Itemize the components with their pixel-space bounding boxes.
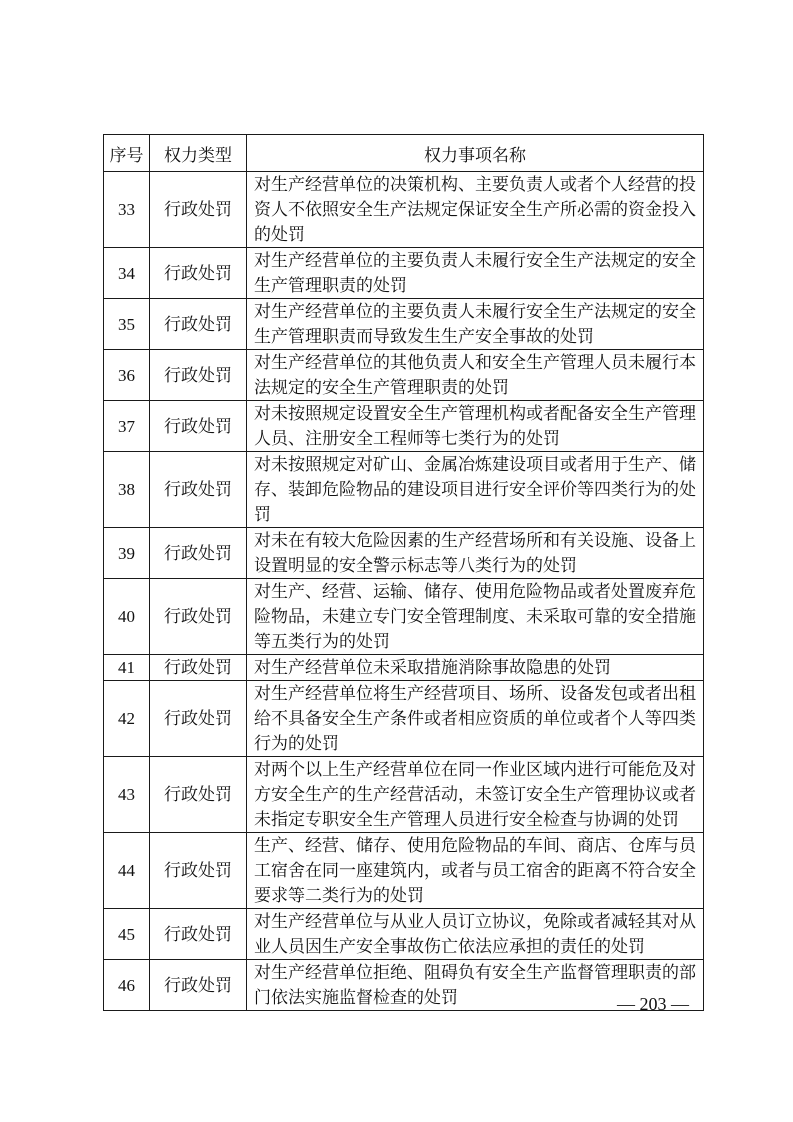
table-row: 39 行政处罚 对未在有较大危险因素的生产经营场所和有关设施、设备上设置明显的安… bbox=[104, 528, 704, 579]
row-power-type: 行政处罚 bbox=[150, 833, 247, 909]
row-power-type: 行政处罚 bbox=[150, 528, 247, 579]
row-power-type: 行政处罚 bbox=[150, 681, 247, 757]
row-serial-number: 42 bbox=[104, 681, 150, 757]
row-power-item-name: 对生产经营单位的其他负责人和安全生产管理人员未履行本法规定的安全生产管理职责的处… bbox=[247, 350, 704, 401]
row-power-item-name: 对生产经营单位将生产经营项目、场所、设备发包或者出租给不具备安全生产条件或者相应… bbox=[247, 681, 704, 757]
row-power-item-name: 对生产、经营、运输、储存、使用危险物品或者处置废弃危险物品，未建立专门安全管理制… bbox=[247, 579, 704, 655]
row-power-item-name: 对生产经营单位的主要负责人未履行安全生产法规定的安全生产管理职责而导致发生生产安… bbox=[247, 299, 704, 350]
table-row: 40 行政处罚 对生产、经营、运输、储存、使用危险物品或者处置废弃危险物品，未建… bbox=[104, 579, 704, 655]
header-cell-power-item-name: 权力事项名称 bbox=[247, 135, 704, 172]
row-serial-number: 41 bbox=[104, 655, 150, 681]
row-power-type: 行政处罚 bbox=[150, 960, 247, 1011]
table-header-row: 序号 权力类型 权力事项名称 bbox=[104, 135, 704, 172]
row-serial-number: 44 bbox=[104, 833, 150, 909]
table-row: 44 行政处罚 生产、经营、储存、使用危险物品的车间、商店、仓库与员工宿舍在同一… bbox=[104, 833, 704, 909]
table-row: 43 行政处罚 对两个以上生产经营单位在同一作业区域内进行可能危及对方安全生产的… bbox=[104, 757, 704, 833]
row-power-item-name: 对生产经营单位未采取措施消除事故隐患的处罚 bbox=[247, 655, 704, 681]
table-row: 42 行政处罚 对生产经营单位将生产经营项目、场所、设备发包或者出租给不具备安全… bbox=[104, 681, 704, 757]
header-cell-serial-number: 序号 bbox=[104, 135, 150, 172]
table-row: 45 行政处罚 对生产经营单位与从业人员订立协议，免除或者减轻其对从业人员因生产… bbox=[104, 909, 704, 960]
table-row: 33 行政处罚 对生产经营单位的决策机构、主要负责人或者个人经营的投资人不依照安… bbox=[104, 172, 704, 248]
row-power-type: 行政处罚 bbox=[150, 655, 247, 681]
table-body: 33 行政处罚 对生产经营单位的决策机构、主要负责人或者个人经营的投资人不依照安… bbox=[104, 172, 704, 1011]
row-serial-number: 46 bbox=[104, 960, 150, 1011]
table-row: 38 行政处罚 对未按照规定对矿山、金属冶炼建设项目或者用于生产、储存、装卸危险… bbox=[104, 452, 704, 528]
row-power-item-name: 对生产经营单位的主要负责人未履行安全生产法规定的安全生产管理职责的处罚 bbox=[247, 248, 704, 299]
row-power-type: 行政处罚 bbox=[150, 757, 247, 833]
document-page: 序号 权力类型 权力事项名称 33 行政处罚 对生产经营单位的决策机构、主要负责… bbox=[0, 0, 793, 1122]
row-serial-number: 34 bbox=[104, 248, 150, 299]
table-row: 46 行政处罚 对生产经营单位拒绝、阻碍负有安全生产监督管理职责的部门依法实施监… bbox=[104, 960, 704, 1011]
row-serial-number: 35 bbox=[104, 299, 150, 350]
row-power-type: 行政处罚 bbox=[150, 909, 247, 960]
row-serial-number: 36 bbox=[104, 350, 150, 401]
table-row: 36 行政处罚 对生产经营单位的其他负责人和安全生产管理人员未履行本法规定的安全… bbox=[104, 350, 704, 401]
page-number: — 203 — bbox=[617, 993, 689, 1015]
table-row: 35 行政处罚 对生产经营单位的主要负责人未履行安全生产法规定的安全生产管理职责… bbox=[104, 299, 704, 350]
row-power-type: 行政处罚 bbox=[150, 350, 247, 401]
row-serial-number: 37 bbox=[104, 401, 150, 452]
row-power-item-name: 对未在有较大危险因素的生产经营场所和有关设施、设备上设置明显的安全警示标志等八类… bbox=[247, 528, 704, 579]
table-row: 37 行政处罚 对未按照规定设置安全生产管理机构或者配备安全生产管理人员、注册安… bbox=[104, 401, 704, 452]
row-power-type: 行政处罚 bbox=[150, 248, 247, 299]
row-power-type: 行政处罚 bbox=[150, 401, 247, 452]
row-power-item-name: 对两个以上生产经营单位在同一作业区域内进行可能危及对方安全生产的生产经营活动，未… bbox=[247, 757, 704, 833]
power-items-table: 序号 权力类型 权力事项名称 33 行政处罚 对生产经营单位的决策机构、主要负责… bbox=[103, 134, 704, 1011]
row-serial-number: 39 bbox=[104, 528, 150, 579]
row-power-type: 行政处罚 bbox=[150, 579, 247, 655]
header-cell-power-type: 权力类型 bbox=[150, 135, 247, 172]
row-power-type: 行政处罚 bbox=[150, 299, 247, 350]
row-power-item-name: 对生产经营单位的决策机构、主要负责人或者个人经营的投资人不依照安全生产法规定保证… bbox=[247, 172, 704, 248]
row-serial-number: 33 bbox=[104, 172, 150, 248]
table-row: 41 行政处罚 对生产经营单位未采取措施消除事故隐患的处罚 bbox=[104, 655, 704, 681]
row-serial-number: 43 bbox=[104, 757, 150, 833]
row-serial-number: 40 bbox=[104, 579, 150, 655]
row-power-item-name: 对未按照规定对矿山、金属冶炼建设项目或者用于生产、储存、装卸危险物品的建设项目进… bbox=[247, 452, 704, 528]
table-row: 34 行政处罚 对生产经营单位的主要负责人未履行安全生产法规定的安全生产管理职责… bbox=[104, 248, 704, 299]
row-serial-number: 38 bbox=[104, 452, 150, 528]
row-power-item-name: 对生产经营单位与从业人员订立协议，免除或者减轻其对从业人员因生产安全事故伤亡依法… bbox=[247, 909, 704, 960]
row-power-item-name: 生产、经营、储存、使用危险物品的车间、商店、仓库与员工宿舍在同一座建筑内，或者与… bbox=[247, 833, 704, 909]
row-power-item-name: 对未按照规定设置安全生产管理机构或者配备安全生产管理人员、注册安全工程师等七类行… bbox=[247, 401, 704, 452]
row-power-type: 行政处罚 bbox=[150, 452, 247, 528]
row-serial-number: 45 bbox=[104, 909, 150, 960]
row-power-type: 行政处罚 bbox=[150, 172, 247, 248]
